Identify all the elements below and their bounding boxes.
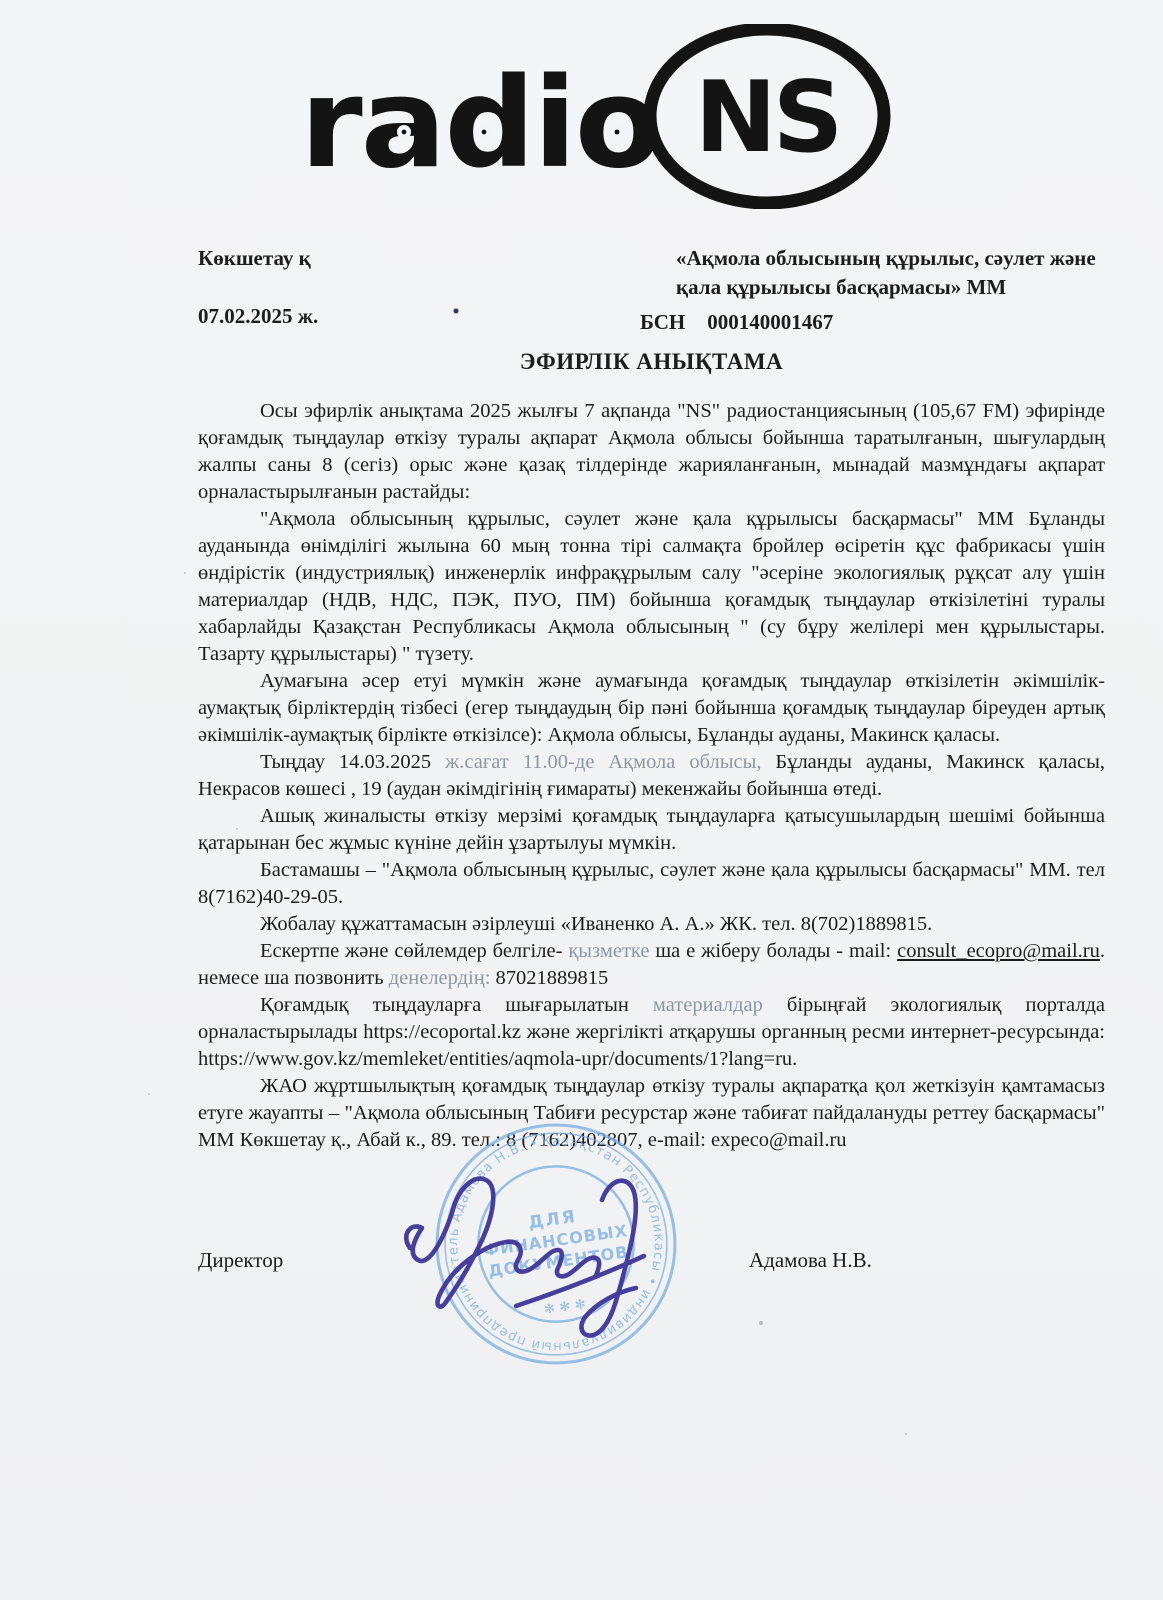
paragraph: Аумағына әсер етуі мүмкін және аумағында… bbox=[198, 668, 1105, 749]
paragraph-segment: Жобалау құжаттамасын әзірлеуші «Иваненко… bbox=[260, 913, 932, 935]
director-label: Директор bbox=[198, 1248, 283, 1273]
paragraph-segment: "Ақмола облысының құрылыс, сәулет және қ… bbox=[198, 508, 1105, 665]
paragraph-segment: Аумағына әсер етуі мүмкін және аумағында… bbox=[198, 670, 1105, 746]
header-right: «Ақмола облысының құрылыс, сәулет және қ… bbox=[640, 244, 1115, 337]
paragraph-segment: Қоғамдық тыңдауларға шығарылатын bbox=[260, 994, 653, 1016]
paragraph: Ескертпе және сөйлемдер белгіле- қызметк… bbox=[198, 938, 1105, 992]
paragraph-segment: Осы эфирлік анықтама 2025 жылғы 7 ақпанд… bbox=[198, 400, 1105, 503]
paragraph: "Ақмола облысының құрылыс, сәулет және қ… bbox=[198, 506, 1105, 668]
paragraph: Ашық жиналысты өткізу мерзімі қоғамдық т… bbox=[198, 803, 1105, 857]
paragraph-segment: Ашық жиналысты өткізу мерзімі қоғамдық т… bbox=[198, 805, 1105, 854]
paragraph-segment: consult_ecopro@mail.ru bbox=[897, 940, 1100, 962]
scan-specks bbox=[0, 0, 2, 2]
paragraph-segment: қызметке bbox=[568, 940, 649, 962]
bin-row: БСН 000140001467 bbox=[640, 308, 1115, 337]
paragraph-segment: Ескертпе және сөйлемдер белгіле- bbox=[260, 940, 568, 962]
paragraph-segment: Бастамашы – "Ақмола облысының құрылыс, с… bbox=[198, 859, 1105, 908]
paragraph-segment: Тыңдау 14.03.2025 bbox=[260, 751, 445, 773]
paragraph: Тыңдау 14.03.2025 ж.сағат 11.00-де Ақмол… bbox=[198, 749, 1105, 803]
logo-badge-text: NS bbox=[695, 61, 840, 175]
document-title: ЭФИРЛІК АНЫҚТАМА bbox=[198, 349, 1105, 375]
paragraph: Қоғамдық тыңдауларға шығарылатын материа… bbox=[198, 992, 1105, 1073]
document-body: Осы эфирлік анықтама 2025 жылғы 7 ақпанд… bbox=[198, 398, 1105, 1154]
signer-name: Адамова Н.В. bbox=[749, 1248, 872, 1273]
date-label: 07.02.2025 ж. bbox=[198, 304, 318, 329]
radio-ns-logo: radio NS bbox=[295, 24, 895, 209]
scanned-letter-page: radio NS Көкшетау қ 07.02.2025 ж. «Ақмол… bbox=[0, 0, 1163, 1600]
paragraph-segment: материалдар bbox=[653, 994, 763, 1016]
director-signature bbox=[396, 1130, 664, 1354]
paragraph: Жобалау құжаттамасын әзірлеуші «Иваненко… bbox=[198, 911, 1105, 938]
paragraph: Осы эфирлік анықтама 2025 жылғы 7 ақпанд… bbox=[198, 398, 1105, 506]
bin-value: 000140001467 bbox=[707, 308, 833, 337]
paragraph-segment: 87021889815 bbox=[490, 967, 608, 989]
paragraph-segment: денелердің: bbox=[389, 967, 491, 989]
paragraph-segment: ша е жіберу болады - mail: bbox=[649, 940, 897, 962]
logo-word: radio bbox=[300, 52, 660, 196]
paragraph: Бастамашы – "Ақмола облысының құрылыс, с… bbox=[198, 857, 1105, 911]
org-name: «Ақмола облысының құрылыс, сәулет және қ… bbox=[676, 244, 1115, 302]
paragraph-segment: ж.сағат 11.00-де Ақмола облысы, bbox=[445, 751, 761, 773]
bin-label: БСН bbox=[640, 308, 685, 337]
city-label: Көкшетау қ bbox=[198, 246, 311, 271]
